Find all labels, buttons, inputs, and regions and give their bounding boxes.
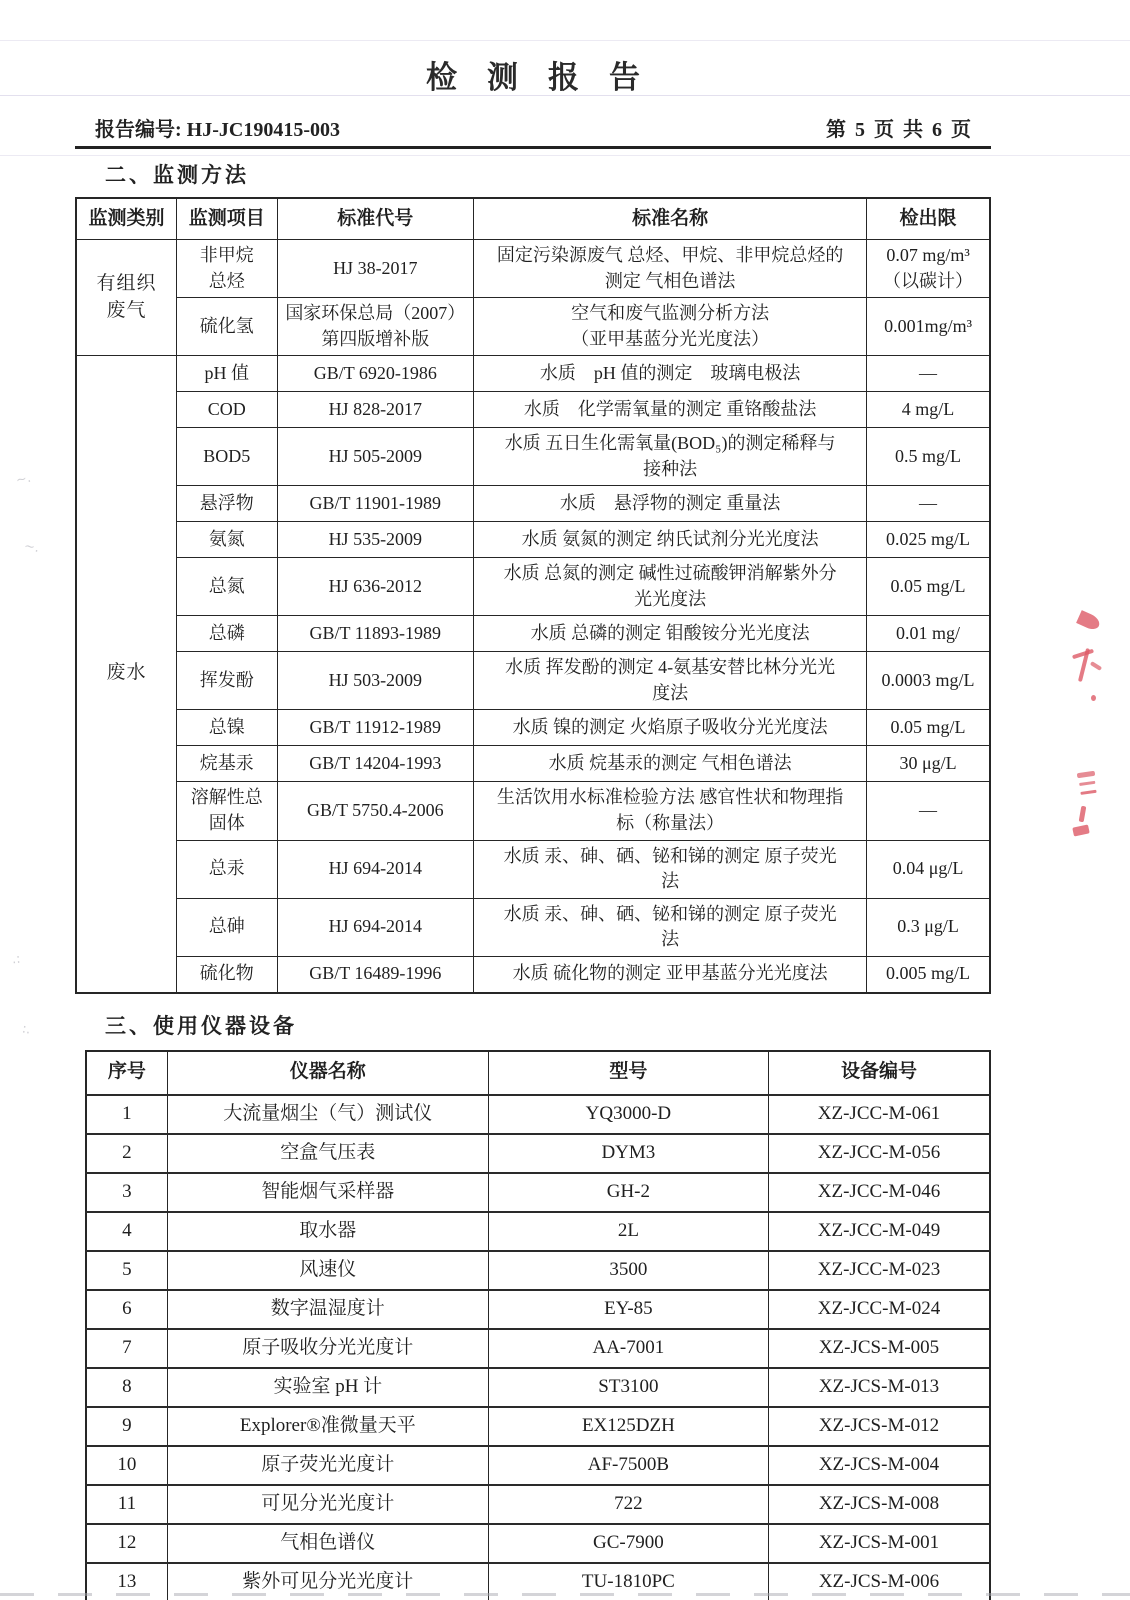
- detection-limit: 0.05 mg/L: [867, 710, 990, 746]
- standard-code: HJ 38-2017: [277, 240, 474, 298]
- methods-table-header: 监测类别监测项目标准代号标准名称检出限: [76, 198, 990, 240]
- standard-code: HJ 535-2009: [277, 522, 474, 558]
- standard-code: GB/T 6920-1986: [277, 356, 474, 392]
- equipment-code: XZ-JCC-M-024: [769, 1290, 991, 1329]
- row-index: 2: [86, 1134, 167, 1173]
- instrument-model: ST3100: [488, 1368, 768, 1407]
- method-item: 烷基汞: [177, 746, 278, 782]
- method-item: 总汞: [177, 840, 278, 898]
- detection-limit: 0.025 mg/L: [867, 522, 990, 558]
- standard-name: 水质 汞、砷、硒、铋和锑的测定 原子荧光 法: [474, 898, 867, 956]
- instrument-row: 8实验室 pH 计ST3100XZ-JCS-M-013: [86, 1368, 990, 1407]
- instruments-table: 序号仪器名称型号设备编号 1大流量烟尘（气）测试仪YQ3000-DXZ-JCC-…: [85, 1050, 991, 1600]
- column-header: 检出限: [867, 198, 990, 240]
- standard-code: GB/T 11893-1989: [277, 616, 474, 652]
- detection-limit: —: [867, 356, 990, 392]
- scan-bottom-edge: [0, 1593, 1130, 1596]
- instrument-row: 6数字温湿度计EY-85XZ-JCC-M-024: [86, 1290, 990, 1329]
- standard-code: GB/T 11901-1989: [277, 486, 474, 522]
- standard-name: 水质 氨氮的测定 纳氏试剂分光光度法: [474, 522, 867, 558]
- detection-limit: 0.005 mg/L: [867, 956, 990, 993]
- instrument-row: 2空盒气压表DYM3XZ-JCC-M-056: [86, 1134, 990, 1173]
- method-item: 溶解性总 固体: [177, 782, 278, 840]
- stamp-bleed-mark: [1077, 771, 1096, 778]
- column-header: 型号: [488, 1051, 768, 1095]
- method-item: 总氮: [177, 558, 278, 616]
- instrument-model: GH-2: [488, 1173, 768, 1212]
- margin-smudge: :.: [21, 1021, 32, 1037]
- header-rule: [75, 146, 991, 149]
- section3-heading: 三、使用仪器设备: [105, 1010, 991, 1040]
- standard-name: 水质 挥发酚的测定 4-氨基安替比林分光光 度法: [474, 652, 867, 710]
- instrument-row: 1大流量烟尘（气）测试仪YQ3000-DXZ-JCC-M-061: [86, 1095, 990, 1134]
- standard-name: 固定污染源废气 总烃、甲烷、非甲烷总烃的 测定 气相色谱法: [474, 240, 867, 298]
- detection-limit: 0.07 mg/m³ （以碳计）: [867, 240, 990, 298]
- page-indicator: 第 5 页 共 6 页: [826, 113, 973, 142]
- instruments-table-header: 序号仪器名称型号设备编号: [86, 1051, 990, 1095]
- row-index: 8: [86, 1368, 167, 1407]
- standard-name: 水质 汞、砷、硒、铋和锑的测定 原子荧光 法: [474, 840, 867, 898]
- instrument-name: 智能烟气采样器: [167, 1173, 488, 1212]
- instrument-row: 3智能烟气采样器GH-2XZ-JCC-M-046: [86, 1173, 990, 1212]
- equipment-code: XZ-JCC-M-061: [769, 1095, 991, 1134]
- standard-code: GB/T 11912-1989: [277, 710, 474, 746]
- method-row: 总镍GB/T 11912-1989水质 镍的测定 火焰原子吸收分光光度法0.05…: [76, 710, 990, 746]
- report-meta-row: 报告编号: HJ-JC190415-003 第 5 页 共 6 页: [95, 113, 973, 142]
- standard-name: 水质 烷基汞的测定 气相色谱法: [474, 746, 867, 782]
- category-cell: 废水: [76, 356, 177, 993]
- equipment-code: XZ-JCS-M-013: [769, 1368, 991, 1407]
- row-index: 10: [86, 1446, 167, 1485]
- method-row: 废水pH 值GB/T 6920-1986水质 pH 值的测定 玻璃电极法—: [76, 356, 990, 392]
- method-row: 硫化氢国家环保总局（2007） 第四版增补版空气和废气监测分析方法 （亚甲基蓝分…: [76, 298, 990, 356]
- standard-name: 水质 总磷的测定 钼酸铵分光光度法: [474, 616, 867, 652]
- column-header: 仪器名称: [167, 1051, 488, 1095]
- row-index: 9: [86, 1407, 167, 1446]
- standard-name: 水质 悬浮物的测定 重量法: [474, 486, 867, 522]
- equipment-code: XZ-JCS-M-004: [769, 1446, 991, 1485]
- method-item: 非甲烷 总烃: [177, 240, 278, 298]
- row-index: 12: [86, 1524, 167, 1563]
- detection-limit: 0.3 μg/L: [867, 898, 990, 956]
- standard-name: 水质 pH 值的测定 玻璃电极法: [474, 356, 867, 392]
- instrument-row: 11可见分光光度计722XZ-JCS-M-008: [86, 1485, 990, 1524]
- method-item: COD: [177, 392, 278, 428]
- column-header: 监测项目: [177, 198, 278, 240]
- method-row: BOD5HJ 505-2009水质 五日生化需氧量(BOD₅)的测定稀释与 接种…: [76, 428, 990, 486]
- header-row: 序号仪器名称型号设备编号: [86, 1051, 990, 1095]
- instrument-model: YQ3000-D: [488, 1095, 768, 1134]
- instrument-model: 3500: [488, 1251, 768, 1290]
- report-number: 报告编号: HJ-JC190415-003: [95, 113, 340, 142]
- instrument-name: 可见分光光度计: [167, 1485, 488, 1524]
- method-row: 溶解性总 固体GB/T 5750.4-2006生活饮用水标准检验方法 感官性状和…: [76, 782, 990, 840]
- method-row: 有组织 废气非甲烷 总烃HJ 38-2017固定污染源废气 总烃、甲烷、非甲烷总…: [76, 240, 990, 298]
- column-header: 标准名称: [474, 198, 867, 240]
- column-header: 序号: [86, 1051, 167, 1095]
- method-row: 挥发酚HJ 503-2009水质 挥发酚的测定 4-氨基安替比林分光光 度法0.…: [76, 652, 990, 710]
- scan-artifact-line: [0, 40, 1130, 41]
- instrument-model: EY-85: [488, 1290, 768, 1329]
- equipment-code: XZ-JCC-M-046: [769, 1173, 991, 1212]
- row-index: 1: [86, 1095, 167, 1134]
- detection-limit: —: [867, 782, 990, 840]
- detection-limit: 30 μg/L: [867, 746, 990, 782]
- header-row: 监测类别监测项目标准代号标准名称检出限: [76, 198, 990, 240]
- instrument-model: 722: [488, 1485, 768, 1524]
- stamp-bleed-mark: [1072, 824, 1090, 836]
- row-index: 3: [86, 1173, 167, 1212]
- method-row: 总汞HJ 694-2014水质 汞、砷、硒、铋和锑的测定 原子荧光 法0.04 …: [76, 840, 990, 898]
- row-index: 11: [86, 1485, 167, 1524]
- instrument-name: 取水器: [167, 1212, 488, 1251]
- standard-name: 水质 五日生化需氧量(BOD₅)的测定稀释与 接种法: [474, 428, 867, 486]
- detection-limit: 4 mg/L: [867, 392, 990, 428]
- stamp-bleed-mark: [1091, 695, 1096, 701]
- column-header: 监测类别: [76, 198, 177, 240]
- category-cell: 有组织 废气: [76, 240, 177, 356]
- method-row: 悬浮物GB/T 11901-1989水质 悬浮物的测定 重量法—: [76, 486, 990, 522]
- instrument-row: 5风速仪3500XZ-JCC-M-023: [86, 1251, 990, 1290]
- stamp-bleed-mark: [1076, 610, 1102, 632]
- standard-code: 国家环保总局（2007） 第四版增补版: [277, 298, 474, 356]
- instruments-table-wrap: 序号仪器名称型号设备编号 1大流量烟尘（气）测试仪YQ3000-DXZ-JCC-…: [85, 1050, 991, 1600]
- instrument-model: GC-7900: [488, 1524, 768, 1563]
- method-row: 烷基汞GB/T 14204-1993水质 烷基汞的测定 气相色谱法30 μg/L: [76, 746, 990, 782]
- standard-name: 生活饮用水标准检验方法 感官性状和物理指 标（称量法）: [474, 782, 867, 840]
- instrument-name: 数字温湿度计: [167, 1290, 488, 1329]
- method-item: pH 值: [177, 356, 278, 392]
- detection-limit: 0.04 μg/L: [867, 840, 990, 898]
- detection-limit: 0.01 mg/: [867, 616, 990, 652]
- margin-smudge: ~.: [23, 539, 40, 556]
- page-title: 检测报告: [75, 52, 991, 97]
- row-index: 6: [86, 1290, 167, 1329]
- method-item: 悬浮物: [177, 486, 278, 522]
- standard-code: HJ 694-2014: [277, 898, 474, 956]
- stamp-bleed-mark: [1078, 648, 1090, 682]
- method-row: 总磷GB/T 11893-1989水质 总磷的测定 钼酸铵分光光度法0.01 m…: [76, 616, 990, 652]
- monitoring-methods-table: 监测类别监测项目标准代号标准名称检出限 有组织 废气非甲烷 总烃HJ 38-20…: [75, 197, 991, 994]
- standard-code: GB/T 5750.4-2006: [277, 782, 474, 840]
- standard-code: HJ 505-2009: [277, 428, 474, 486]
- instrument-model: AF-7500B: [488, 1446, 768, 1485]
- method-row: 总氮HJ 636-2012水质 总氮的测定 碱性过硫酸钾消解紫外分 光光度法0.…: [76, 558, 990, 616]
- method-item: 总磷: [177, 616, 278, 652]
- stamp-bleed-mark: [1072, 649, 1094, 660]
- standard-name: 水质 化学需氧量的测定 重铬酸盐法: [474, 392, 867, 428]
- equipment-code: XZ-JCC-M-056: [769, 1134, 991, 1173]
- method-item: 总砷: [177, 898, 278, 956]
- row-index: 7: [86, 1329, 167, 1368]
- row-index: 4: [86, 1212, 167, 1251]
- standard-code: HJ 694-2014: [277, 840, 474, 898]
- instrument-row: 12气相色谱仪GC-7900XZ-JCS-M-001: [86, 1524, 990, 1563]
- instrument-name: 原子荧光光度计: [167, 1446, 488, 1485]
- column-header: 设备编号: [769, 1051, 991, 1095]
- method-row: CODHJ 828-2017水质 化学需氧量的测定 重铬酸盐法4 mg/L: [76, 392, 990, 428]
- instrument-name: Explorer®准微量天平: [167, 1407, 488, 1446]
- instrument-name: 空盒气压表: [167, 1134, 488, 1173]
- page-content: 检测报告 报告编号: HJ-JC190415-003 第 5 页 共 6 页 二…: [75, 52, 991, 1600]
- column-header: 标准代号: [277, 198, 474, 240]
- equipment-code: XZ-JCC-M-023: [769, 1251, 991, 1290]
- row-index: 5: [86, 1251, 167, 1290]
- equipment-code: XZ-JCS-M-012: [769, 1407, 991, 1446]
- instrument-name: 风速仪: [167, 1251, 488, 1290]
- detection-limit: 0.05 mg/L: [867, 558, 990, 616]
- equipment-code: XZ-JCS-M-001: [769, 1524, 991, 1563]
- standard-name: 水质 总氮的测定 碱性过硫酸钾消解紫外分 光光度法: [474, 558, 867, 616]
- method-item: 氨氮: [177, 522, 278, 558]
- instrument-row: 10原子荧光光度计AF-7500BXZ-JCS-M-004: [86, 1446, 990, 1485]
- section2-heading: 二、监测方法: [105, 159, 991, 189]
- instrument-row: 9Explorer®准微量天平EX125DZHXZ-JCS-M-012: [86, 1407, 990, 1446]
- instrument-model: DYM3: [488, 1134, 768, 1173]
- instrument-model: AA-7001: [488, 1329, 768, 1368]
- standard-name: 水质 镍的测定 火焰原子吸收分光光度法: [474, 710, 867, 746]
- scanned-report-page: 检测报告 报告编号: HJ-JC190415-003 第 5 页 共 6 页 二…: [0, 0, 1130, 1600]
- instrument-row: 7原子吸收分光光度计AA-7001XZ-JCS-M-005: [86, 1329, 990, 1368]
- detection-limit: 0.0003 mg/L: [867, 652, 990, 710]
- instrument-name: 原子吸收分光光度计: [167, 1329, 488, 1368]
- instrument-model: 2L: [488, 1212, 768, 1251]
- method-item: 硫化物: [177, 956, 278, 993]
- method-item: 挥发酚: [177, 652, 278, 710]
- method-row: 氨氮HJ 535-2009水质 氨氮的测定 纳氏试剂分光光度法0.025 mg/…: [76, 522, 990, 558]
- detection-limit: —: [867, 486, 990, 522]
- standard-code: GB/T 14204-1993: [277, 746, 474, 782]
- standard-code: HJ 636-2012: [277, 558, 474, 616]
- margin-smudge: ~.: [15, 471, 33, 489]
- instruments-table-body: 1大流量烟尘（气）测试仪YQ3000-DXZ-JCC-M-0612空盒气压表DY…: [86, 1095, 990, 1600]
- equipment-code: XZ-JCS-M-008: [769, 1485, 991, 1524]
- instrument-name: 实验室 pH 计: [167, 1368, 488, 1407]
- method-row: 总砷HJ 694-2014水质 汞、砷、硒、铋和锑的测定 原子荧光 法0.3 μ…: [76, 898, 990, 956]
- stamp-bleed-mark: [1090, 661, 1102, 671]
- equipment-code: XZ-JCS-M-005: [769, 1329, 991, 1368]
- instrument-name: 大流量烟尘（气）测试仪: [167, 1095, 488, 1134]
- instrument-model: EX125DZH: [488, 1407, 768, 1446]
- standard-name: 水质 硫化物的测定 亚甲基蓝分光光度法: [474, 956, 867, 993]
- method-row: 硫化物GB/T 16489-1996水质 硫化物的测定 亚甲基蓝分光光度法0.0…: [76, 956, 990, 993]
- standard-name: 空气和废气监测分析方法 （亚甲基蓝分光光度法）: [474, 298, 867, 356]
- method-item: 硫化氢: [177, 298, 278, 356]
- equipment-code: XZ-JCC-M-049: [769, 1212, 991, 1251]
- instrument-name: 气相色谱仪: [167, 1524, 488, 1563]
- standard-code: GB/T 16489-1996: [277, 956, 474, 993]
- detection-limit: 0.001mg/m³: [867, 298, 990, 356]
- detection-limit: 0.5 mg/L: [867, 428, 990, 486]
- standard-code: HJ 828-2017: [277, 392, 474, 428]
- methods-table-body: 有组织 废气非甲烷 总烃HJ 38-2017固定污染源废气 总烃、甲烷、非甲烷总…: [76, 240, 990, 993]
- instrument-row: 4取水器2LXZ-JCC-M-049: [86, 1212, 990, 1251]
- method-item: 总镍: [177, 710, 278, 746]
- method-item: BOD5: [177, 428, 278, 486]
- stamp-bleed-mark: [1079, 806, 1087, 823]
- margin-smudge: .:: [11, 952, 21, 968]
- standard-code: HJ 503-2009: [277, 652, 474, 710]
